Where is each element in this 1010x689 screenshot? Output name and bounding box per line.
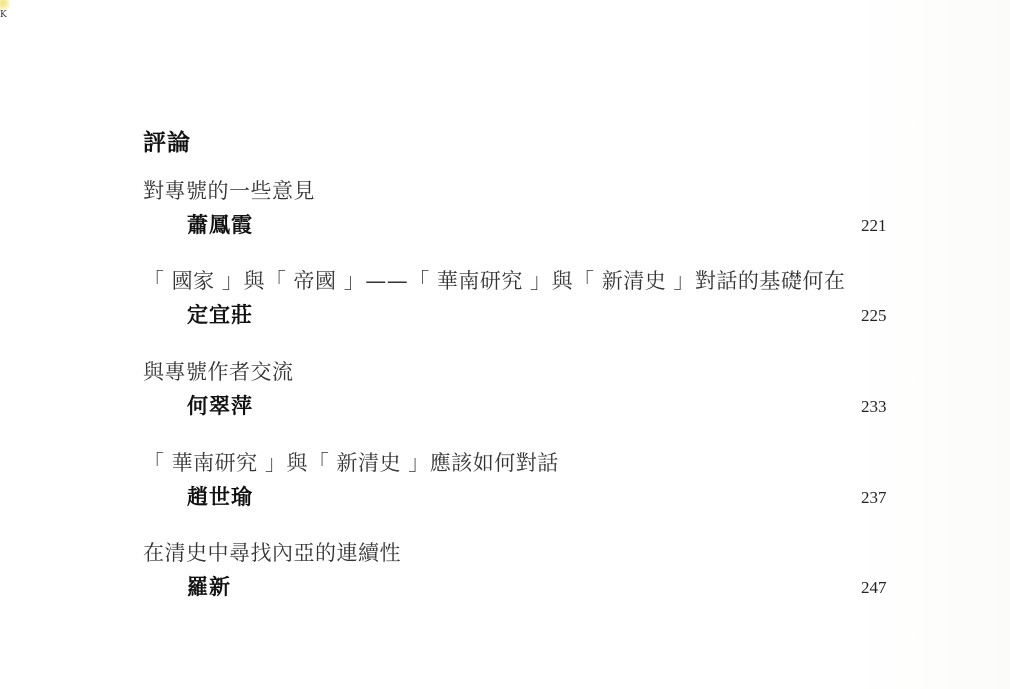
toc-entry[interactable]: 「 華南研究 」與「 新清史 」應該如何對話 趙世瑜 237: [143, 450, 893, 512]
entry-page-number: 237: [861, 488, 887, 508]
entry-author: 何翠萍: [187, 393, 253, 419]
corner-letter: K: [0, 10, 7, 20]
entry-title[interactable]: 對專號的一些意見: [143, 178, 893, 204]
entry-title[interactable]: 「 國家 」與「 帝國 」——「 華南研究 」與「 新清史 」對話的基礎何在: [143, 268, 893, 294]
entry-author: 趙世瑜: [187, 484, 253, 510]
toc-entry[interactable]: 在清史中尋找內亞的連續性 羅新 247: [143, 540, 893, 602]
entry-author: 定宜莊: [187, 302, 253, 328]
corner-glow: [0, 0, 9, 10]
entry-page-number: 225: [861, 306, 887, 326]
toc-entry[interactable]: 與專號作者交流 何翠萍 233: [143, 359, 893, 421]
entry-title[interactable]: 與專號作者交流: [143, 359, 893, 385]
section-title: 評論: [143, 124, 191, 157]
entry-page-number: 247: [861, 578, 887, 598]
entry-author: 羅新: [187, 574, 231, 600]
entry-page-number: 221: [861, 216, 887, 236]
entry-title[interactable]: 在清史中尋找內亞的連續性: [143, 540, 893, 566]
entry-author: 蕭鳳霞: [187, 212, 253, 238]
toc-entry[interactable]: 對專號的一些意見 蕭鳳霞 221: [143, 178, 893, 240]
corner-mark: K: [0, 0, 14, 24]
toc-entry[interactable]: 「 國家 」與「 帝國 」——「 華南研究 」與「 新清史 」對話的基礎何在 定…: [143, 268, 893, 330]
entry-title[interactable]: 「 華南研究 」與「 新清史 」應該如何對話: [143, 450, 893, 476]
entry-page-number: 233: [861, 397, 887, 417]
